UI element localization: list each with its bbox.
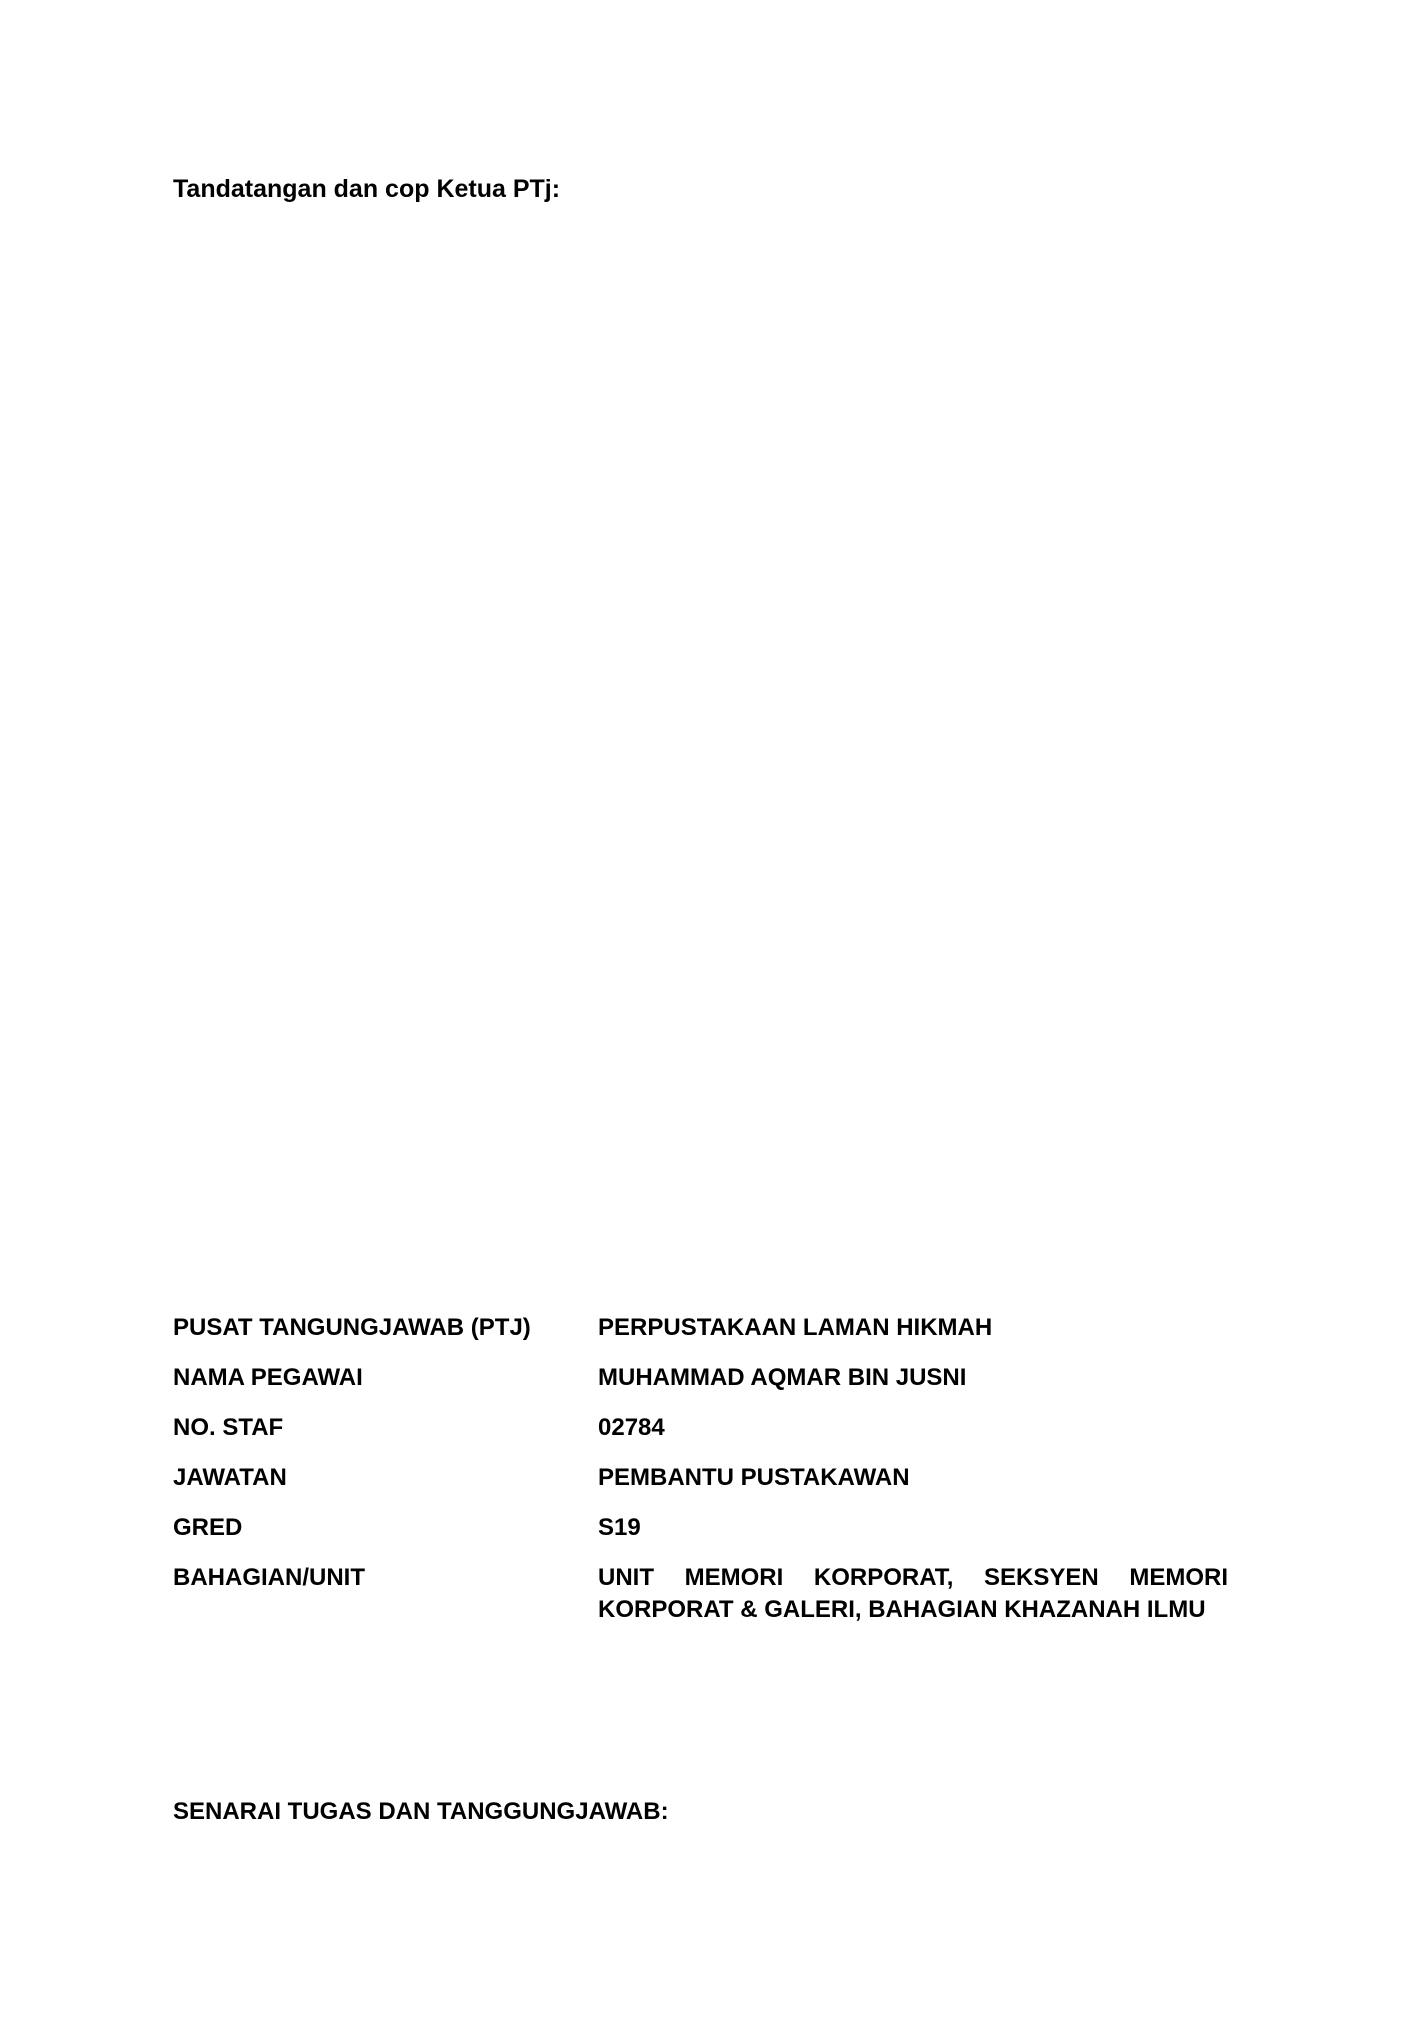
- field-value: PERPUSTAKAAN LAMAN HIKMAH: [598, 1312, 1228, 1362]
- signature-label: Tandatangan dan cop Ketua PTj:: [173, 175, 560, 204]
- table-row: PUSAT TANGUNGJAWAB (PTJ) PERPUSTAKAAN LA…: [173, 1312, 1228, 1362]
- staff-info-table: PUSAT TANGUNGJAWAB (PTJ) PERPUSTAKAAN LA…: [173, 1312, 1228, 1644]
- table-row: NO. STAF 02784: [173, 1412, 1228, 1462]
- field-label: NAMA PEGAWAI: [173, 1362, 598, 1412]
- field-label: NO. STAF: [173, 1412, 598, 1462]
- field-label: PUSAT TANGUNGJAWAB (PTJ): [173, 1312, 598, 1362]
- field-label: JAWATAN: [173, 1462, 598, 1512]
- table-row: GRED S19: [173, 1512, 1228, 1562]
- table-row: BAHAGIAN/UNIT UNIT MEMORI KORPORAT, SEKS…: [173, 1562, 1228, 1644]
- duties-heading: SENARAI TUGAS DAN TANGGUNGJAWAB:: [173, 1798, 669, 1826]
- field-value: S19: [598, 1512, 1228, 1562]
- field-value: UNIT MEMORI KORPORAT, SEKSYEN MEMORI KOR…: [598, 1562, 1228, 1644]
- field-value: MUHAMMAD AQMAR BIN JUSNI: [598, 1362, 1228, 1412]
- field-value: PEMBANTU PUSTAKAWAN: [598, 1462, 1228, 1512]
- field-value: 02784: [598, 1412, 1228, 1462]
- field-label: BAHAGIAN/UNIT: [173, 1562, 598, 1644]
- table-row: NAMA PEGAWAI MUHAMMAD AQMAR BIN JUSNI: [173, 1362, 1228, 1412]
- field-label: GRED: [173, 1512, 598, 1562]
- document-page: Tandatangan dan cop Ketua PTj: PUSAT TAN…: [0, 0, 1428, 2028]
- table-row: JAWATAN PEMBANTU PUSTAKAWAN: [173, 1462, 1228, 1512]
